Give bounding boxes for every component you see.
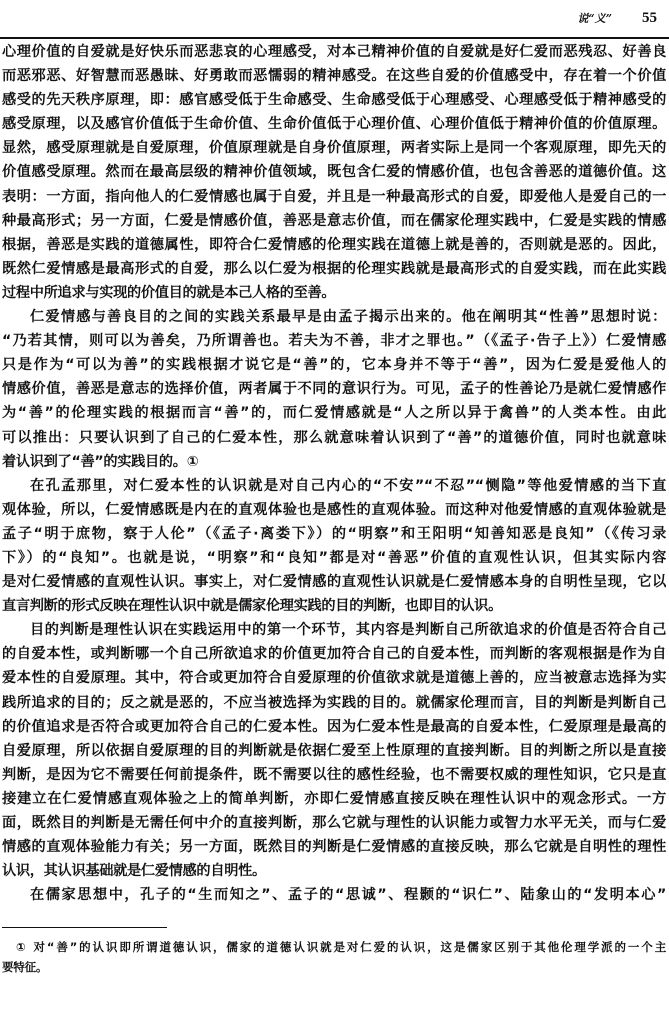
text-line: 爱本性的自爱原理。其中，符合或更加符合自爱原理的价值欲求就是道德上善的，应当被意…: [2, 666, 666, 690]
footnote-line: 要特征。: [2, 957, 666, 977]
footnote-line: ① 对“善”的认识即所谓道德认识，儒家的道德认识就是对仁爱的认识，这是儒家区别于…: [2, 937, 666, 957]
text-line: 既然仁爱情感是最高形式的自爱，那么以仁爱为根据的伦理实践就是最高形式的自爱实践，…: [2, 257, 666, 281]
body-text: 心理价值的自爱就是好快乐而恶悲哀的心理感受，对本己精神价值的自爱就是好仁爱而恶残…: [2, 40, 666, 907]
text-line: 情感的直观体验能力有关；另一方面，既然目的判断是仁爱情感的直接反映，那么它就是自…: [2, 835, 666, 859]
text-line: 下》）的“良知”。也就是说，“明察”和“良知”都是对“善恶”价值的直观性认识，但…: [2, 546, 666, 570]
footnote-rule: [2, 927, 167, 928]
text-line: 情感价值，善恶是意志的选择价值，两者属于不同的意识行为。可见，孟子的性善论乃是就…: [2, 377, 666, 401]
text-line: 自爱原理，所以依据自爱原理的目的判断就是依据仁爱至上性原理的直接判断。目的判断之…: [2, 739, 666, 763]
text-line: 种最高形式；另一方面，仁爱是情感价值，善恶是意志价值，而在儒家伦理实践中，仁爱是…: [2, 209, 666, 233]
text-line: 根据，善恶是实践的道德属性，即符合仁爱情感的伦理实践在道德上就是善的，否则就是恶…: [2, 233, 666, 257]
text-line: 的自爱本性，或判断哪一个自己所欲追求的价值更加符合自己的自爱本性，而判断的客观根…: [2, 642, 666, 666]
text-line: 在儒家思想中，孔子的“生而知之”、孟子的“思诚”、程颢的“识仁”、陆象山的“发明…: [2, 883, 666, 907]
text-line: 目的判断是理性认识在实践运用中的第一个环节，其内容是判断自己所欲追求的价值是否符…: [2, 618, 666, 642]
text-line: 在孔孟那里，对仁爱本性的认识就是对自己内心的“不安”“不忍”“恻隐”等他爱情感的…: [2, 474, 666, 498]
text-line: 孟子“明于庶物，察于人伦”（《孟子·离娄下》）的“明察”和王阳明“知善知恶是良知…: [2, 522, 666, 546]
text-line: “乃若其情，则可以为善矣，乃所谓善也。若夫为不善，非才之罪也。”（《孟子·告子上…: [2, 329, 666, 353]
text-line: 接建立在仁爱情感直观体验之上的简单判断，亦即仁爱情感直接反映在理性认识中的观念形…: [2, 787, 666, 811]
text-line: 认识，其认识基础就是仁爱情感的自明性。: [2, 859, 666, 883]
text-line: 观体验，所以，仁爱情感既是内在的直观体验也是感性的直观体验。而这种对他爱情感的直…: [2, 498, 666, 522]
text-line: 着认识到了“善”的实践目的。①: [2, 450, 666, 474]
text-line: 显然，感受原理就是自爱原理，价值原理就是自身价值原理，两者实际上是同一个客观原理…: [2, 136, 666, 160]
running-header: 说“义” 55: [577, 10, 657, 32]
text-line: 直言判断的形式反映在理性认识中就是儒家伦理实践的目的判断，也即目的认识。: [2, 594, 666, 618]
header-rule: [0, 37, 669, 39]
text-line: 只是作为“可以为善”的实践根据才说它是“善”的，它本身并不等于“善”，因为仁爱是…: [2, 353, 666, 377]
text-line: 而恶邪恶、好智慧而恶愚昧、好勇敢而恶懦弱的精神感受。在这些自爱的价值感受中，存在…: [2, 64, 666, 88]
footnote: ① 对“善”的认识即所谓道德认识，儒家的道德认识就是对仁爱的认识，这是儒家区别于…: [2, 937, 666, 977]
page-number: 55: [642, 10, 657, 27]
text-line: 心理价值的自爱就是好快乐而恶悲哀的心理感受，对本己精神价值的自爱就是好仁爱而恶残…: [2, 40, 666, 64]
text-line: 面，既然目的判断是无需任何中介的直接判断，那么它就与理性的认识能力或智力水平无关…: [2, 811, 666, 835]
text-line: 的价值追求是否符合或更加符合自己的仁爱本性。因为仁爱本性是最高的自爱本性，仁爱原…: [2, 715, 666, 739]
text-line: 感受的先天秩序原理，即：感官感受低于生命感受、生命感受低于心理感受、心理感受低于…: [2, 88, 666, 112]
text-line: 过程中所追求与实现的价值目的就是本己人格的至善。: [2, 281, 666, 305]
text-line: 为“善”的伦理实践的根据而言“善”的，而仁爱情感就是“人之所以异于禽兽”的人类本…: [2, 401, 666, 425]
text-line: 践所追求的目的；反之就是恶的，不应当被选择为实践的目的。就儒家伦理而言，目的判断…: [2, 691, 666, 715]
text-line: 表明：一方面，指向他人的仁爱情感也属于自爱，并且是一种最高形式的自爱，即爱他人是…: [2, 185, 666, 209]
text-line: 价值感受原理。然而在最高层级的精神价值领域，既包含仁爱的情感价值，也包含善恶的道…: [2, 160, 666, 184]
text-line: 是对仁爱情感的直观性认识。事实上，对仁爱情感的直观性认识就是仁爱情感本身的自明性…: [2, 570, 666, 594]
text-line: 可以推出：只要认识到了自己的仁爱本性，那么就意味着认识到了“善”的道德价值，同时…: [2, 426, 666, 450]
running-title: 说“义”: [577, 10, 612, 26]
text-line: 判断，是因为它不需要任何前提条件，既不需要以往的感性经验，也不需要权威的理性知识…: [2, 763, 666, 787]
text-line: 仁爱情感与善良目的之间的实践关系最早是由孟子揭示出来的。他在阐明其“性善”思想时…: [2, 305, 666, 329]
text-line: 感受原理，以及感官价值低于生命价值、生命价值低于心理价值、心理价值低于精神价值的…: [2, 112, 666, 136]
